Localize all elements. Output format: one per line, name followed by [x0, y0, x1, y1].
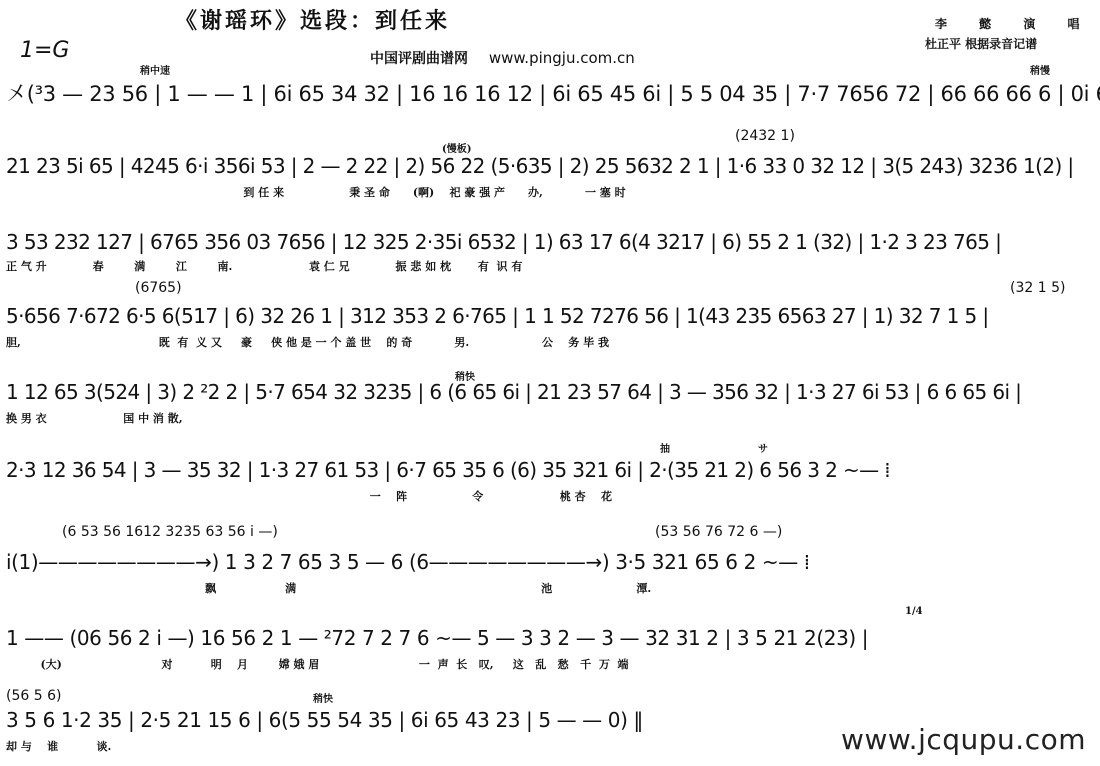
site-line: 中国评剧曲谱网 www.pingju.com.cn [370, 48, 635, 68]
lyrics-line: 胆, 既 有 义 又 豪 侠 他 是 一 个 盖 世 的 奇 男. 公 务 毕 … [6, 334, 609, 350]
score-row-2: (慢板) (2432 1) 21 23 5i 65 | 4245 6·i 356… [0, 140, 1100, 220]
site-name: 中国评剧曲谱网 [370, 51, 468, 67]
notation-line: 1 12 65 3(524 | 3) 2 ²2 2 | 5·7 654 32 3… [6, 380, 1021, 404]
instrumental-passage: (6 53 56 1612 3235 63 56 i —) [62, 524, 278, 540]
score-row-1: 稍中速 稍慢 㐅(³3 — 23 56 | 1 — — 1 | 6i 65 34… [0, 74, 1100, 144]
section-annotation: (慢板) [442, 140, 471, 155]
notation-line: i(1)————————→) 1 3 2 7 65 3 5 — 6 (6————… [6, 550, 810, 574]
notation-line: 㐅(³3 — 23 56 | 1 — — 1 | 6i 65 34 32 | 1… [6, 78, 1100, 108]
notation-line: 5·656 7·672 6·5 6(517 | 6) 32 26 1 | 312… [6, 304, 989, 328]
lyrics-line: 却 与 谁 谈. [6, 738, 111, 754]
score-row-4: 5·656 7·672 6·5 6(517 | 6) 32 26 1 | 312… [0, 300, 1100, 375]
alt-notation: (2432 1) [735, 128, 795, 144]
instrumental-passage-2: (53 56 76 72 6 —) [655, 524, 782, 540]
notation-line: 3 53 232 127 | 6765 356 03 7656 | 12 325… [6, 230, 1001, 254]
alt-notation-left: (56 5 6) [6, 688, 61, 704]
score-row-5: 稍快 1 12 65 3(524 | 3) 2 ²2 2 | 5·7 654 3… [0, 372, 1100, 442]
score-row-3: 3 53 232 127 | 6765 356 03 7656 | 12 325… [0, 226, 1100, 306]
transcriber-credit: 杜正平 根据录音记谱 [925, 34, 1094, 54]
lyrics-line: (大) 对 明 月 嫦 娥 眉 一 声 长 叹, 这 乱 愁 千 万 端 [6, 656, 629, 672]
singer-credit: 李 懿 演 唱 [935, 14, 1094, 34]
tempo-annotation: 稍快 [313, 690, 333, 705]
score-row-6: 抽 サ 2·3 12 36 54 | 3 — 35 32 | 1·3 27 61… [0, 444, 1100, 514]
key-signature: 1=G [20, 38, 69, 63]
notation-line: 2·3 12 36 54 | 3 — 35 32 | 1·3 27 61 53 … [6, 458, 890, 482]
tempo-mark: 稍中速 [140, 62, 170, 77]
alt-notation-left: (6765) [135, 280, 182, 296]
score-title: 《谢瑶环》选段：到任来 [175, 4, 450, 35]
score-row-7: (6 53 56 1612 3235 63 56 i —) (53 56 76 … [0, 520, 1100, 600]
lyrics-line: 换 男 衣 国 中 消 散, [6, 410, 183, 426]
score-row-8: 1/4 1 —— (06 56 2 i —) 16 56 2 1 — ²72 7… [0, 604, 1100, 684]
alt-notation-right: (32 1 5) [1010, 280, 1065, 296]
lyrics-line: 到 任 来 秉 圣 命 (啊) 祀 豪 强 产 办, 一 塞 时 [6, 184, 626, 200]
meter-change: 1/4 [905, 606, 923, 617]
notation-line: 1 —— (06 56 2 i —) 16 56 2 1 — ²72 7 2 7… [6, 626, 868, 650]
notation-line: 3 5 6 1·2 35 | 2·5 21 15 6 | 6(5 55 54 3… [6, 708, 643, 732]
notation-line: 21 23 5i 65 | 4245 6·i 356i 53 | 2 — 2 2… [6, 154, 1074, 178]
free-meter-mark: サ [758, 440, 768, 455]
watermark: www.jcqupu.com [841, 723, 1086, 756]
credits: 李 懿 演 唱 杜正平 根据录音记谱 [925, 14, 1094, 54]
ornament-annotation: 抽 [660, 440, 670, 455]
lyrics-line: 一 阵 令 桃 杏 花 [6, 488, 612, 504]
tempo-annotation: 稍慢 [1030, 62, 1050, 77]
site-url: www.pingju.com.cn [489, 49, 635, 67]
lyrics-line: 正 气 升 春 满 江 南. 袁 仁 兄 振 悲 如 枕 有 识 有 [6, 258, 522, 274]
lyrics-line: 飘 满 池 潭. [6, 580, 651, 596]
